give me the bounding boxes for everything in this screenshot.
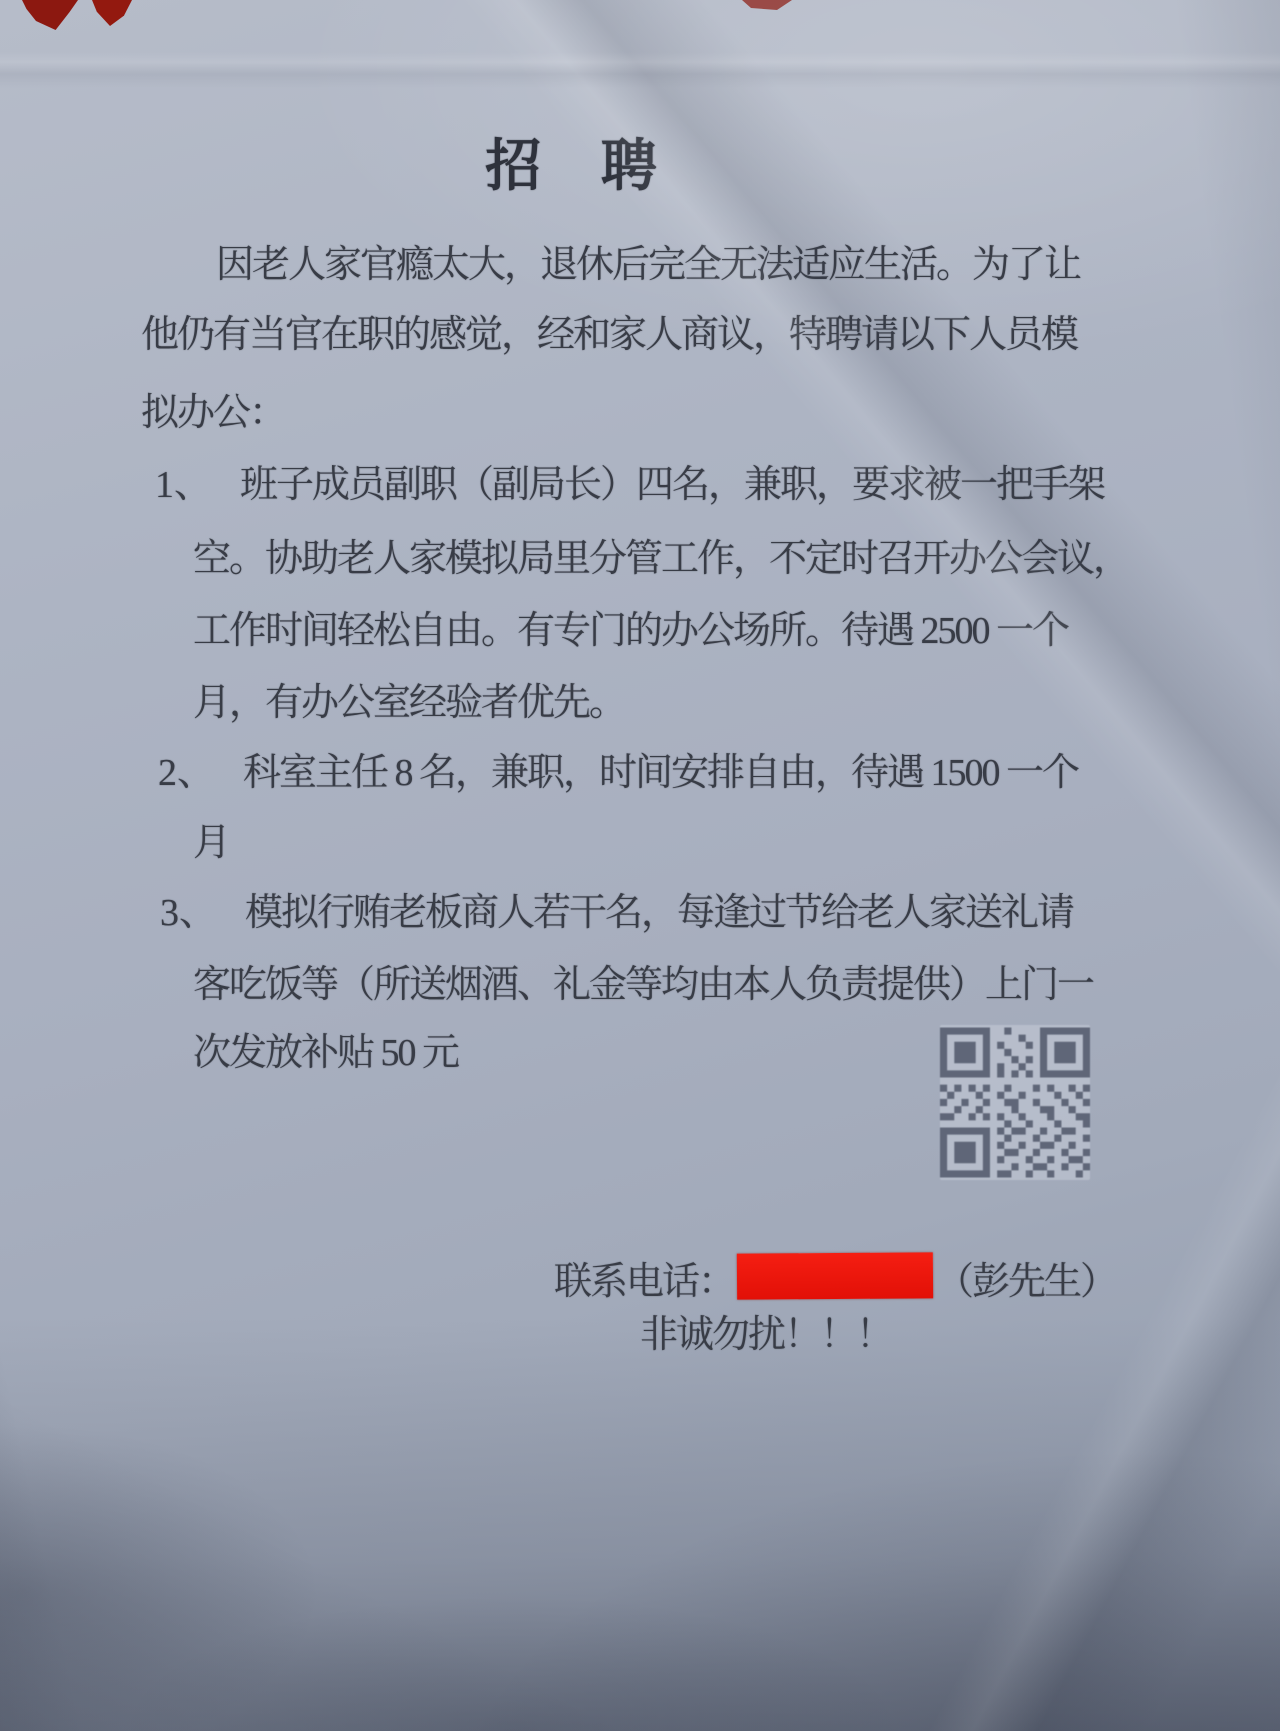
redacted-phone-number [737, 1252, 933, 1299]
contact-suffix: （彭先生） [936, 1250, 1116, 1305]
contact-label: 联系电话： [554, 1250, 734, 1305]
item-1-line-3: 工作时间轻松自由。有专门的办公场所。待遇 2500 一个 [193, 608, 1068, 654]
item-3-line-1: 3、模拟行贿老板商人若干名，每逢过节给老人家送礼请 [160, 890, 1073, 936]
item-3-line-3: 次发放补贴 50 元 [193, 1030, 458, 1076]
item-1-line-2: 空。协助老人家模拟局里分管工作，不定时召开办公会议， [193, 536, 1129, 582]
item-2-line-2: 月 [193, 820, 229, 866]
closing-line: 非诚勿扰！！！ [640, 1312, 892, 1358]
item-1-line-4: 月，有办公室经验者优先。 [193, 680, 625, 726]
item-3-number: 3、 [160, 890, 245, 936]
contact-line: 联系电话： （彭先生） [554, 1250, 1116, 1305]
intro-line-1: 因老人家官瘾太大，退休后完全无法适应生活。为了让 [216, 242, 1080, 288]
item-2-line-1: 2、科室主任 8 名，兼职，时间安排自由，待遇 1500 一个 [158, 750, 1078, 796]
intro-line-2: 他仍有当官在职的感觉，经和家人商议，特聘请以下人员模 [141, 312, 1077, 358]
item-3-text: 模拟行贿老板商人若干名，每逢过节给老人家送礼请 [245, 892, 1073, 934]
item-3-line-2: 客吃饭等（所送烟酒、礼金等均由本人负责提供）上门一 [193, 962, 1093, 1008]
document-title: 招 聘 [485, 122, 677, 202]
item-1-number: 1、 [155, 462, 240, 508]
item-2-number: 2、 [158, 750, 243, 796]
item-1-text: 班子成员副职（副局长）四名，兼职，要求被一把手架 [240, 464, 1104, 506]
item-2-text: 科室主任 8 名，兼职，时间安排自由，待遇 1500 一个 [243, 752, 1078, 794]
qr-code [940, 1025, 1090, 1180]
item-1-line-1: 1、班子成员副职（副局长）四名，兼职，要求被一把手架 [155, 462, 1104, 508]
intro-line-3: 拟办公： [141, 390, 285, 436]
